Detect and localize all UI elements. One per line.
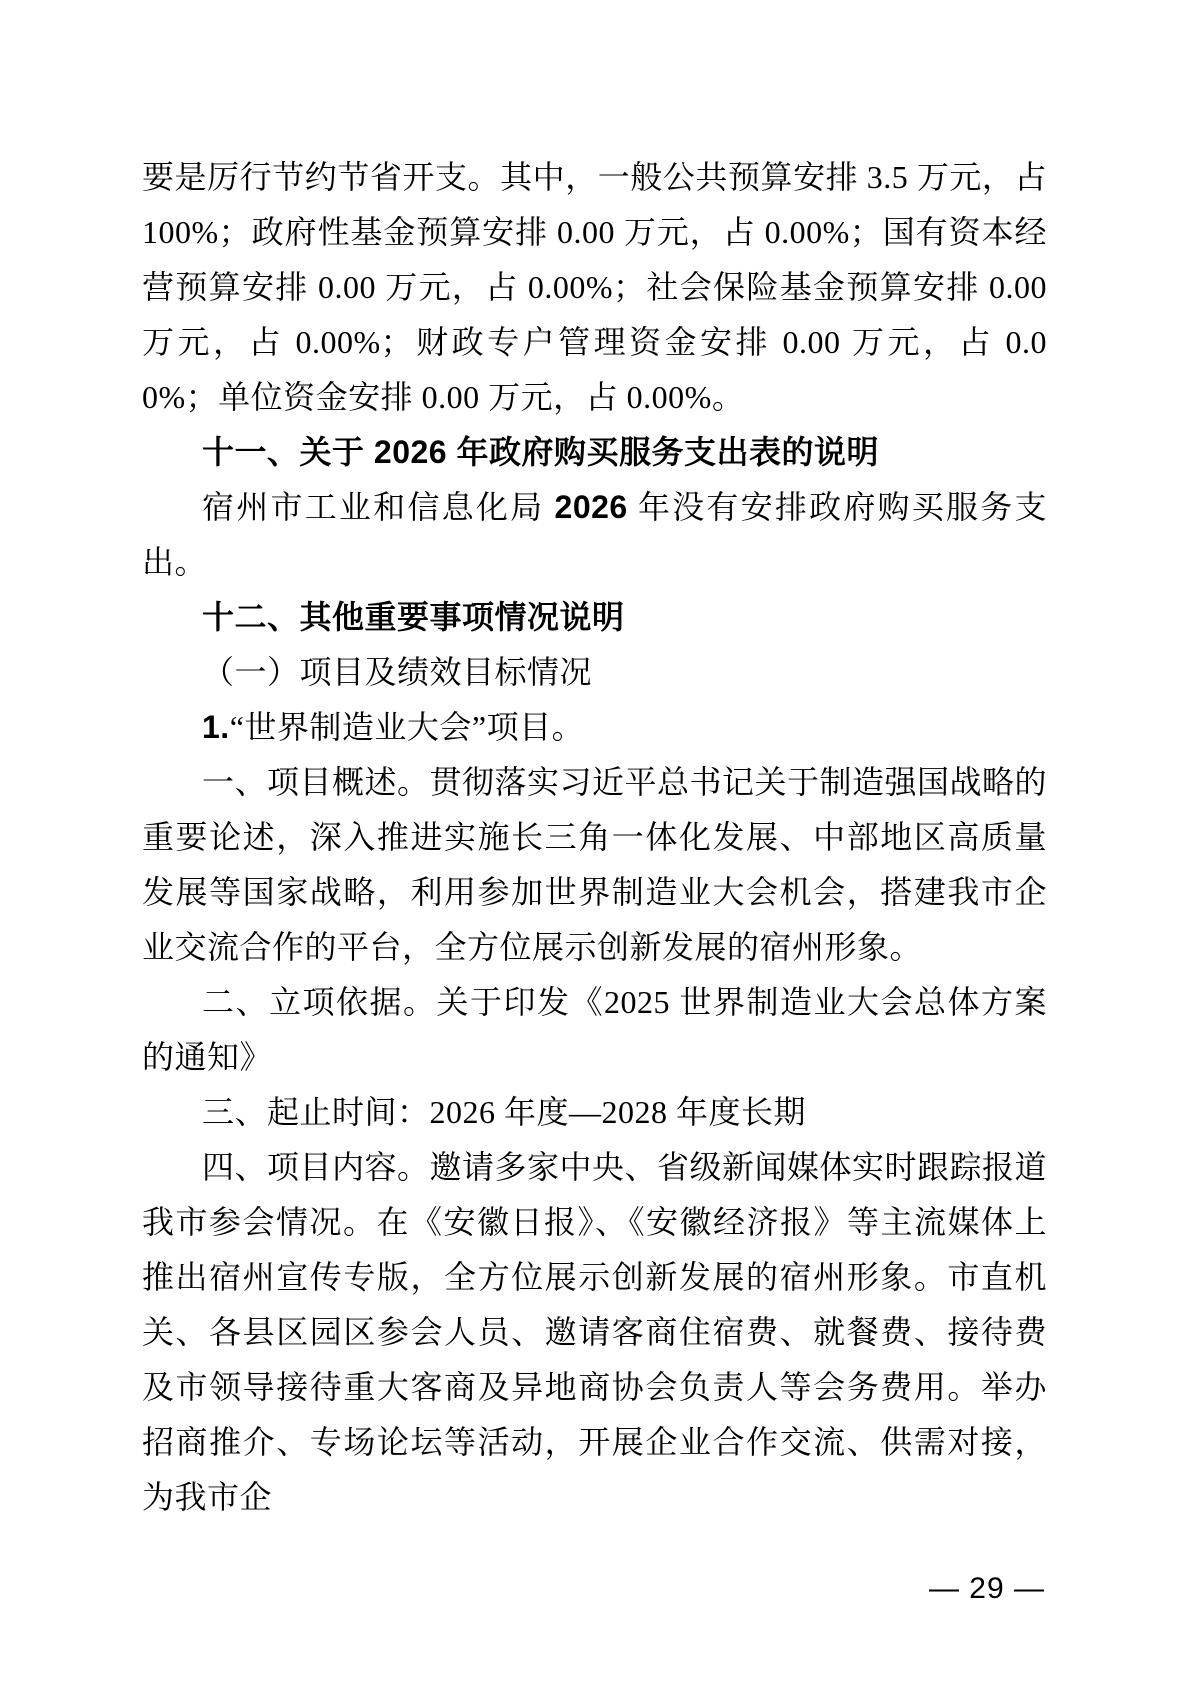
item-project-title: 1.“世界制造业大会”项目。 bbox=[142, 700, 1047, 755]
paragraph-project-overview: 一、项目概述。贯彻落实习近平总书记关于制造强国战略的重要论述，深入推进实施长三角… bbox=[142, 755, 1047, 975]
paragraph-budget-allocation: 要是厉行节约节省开支。其中，一般公共预算安排 3.5 万元，占 100%；政府性… bbox=[142, 150, 1047, 425]
paragraph-project-period: 三、起止时间：2026 年度—2028 年度长期 bbox=[142, 1085, 1047, 1140]
text-run: “世界制造业大会”项目。 bbox=[230, 709, 584, 745]
section-heading-11-gov-purchase: 十一、关于 2026 年政府购买服务支出表的说明 bbox=[142, 425, 1047, 480]
paragraph-project-content: 四、项目内容。邀请多家中央、省级新闻媒体实时跟踪报道我市参会情况。在《安徽日报》… bbox=[142, 1140, 1047, 1525]
paragraph-project-basis: 二、立项依据。关于印发《2025 世界制造业大会总体方案的通知》 bbox=[142, 975, 1047, 1085]
document-page: 要是厉行节约节省开支。其中，一般公共预算安排 3.5 万元，占 100%；政府性… bbox=[0, 0, 1190, 1683]
document-body: 要是厉行节约节省开支。其中，一般公共预算安排 3.5 万元，占 100%；政府性… bbox=[142, 150, 1047, 1525]
year-number-run: 2026 bbox=[555, 489, 628, 525]
item-number-run: 1. bbox=[202, 709, 230, 745]
text-run: 宿州市工业和信息化局 bbox=[202, 489, 555, 525]
paragraph-no-gov-purchase: 宿州市工业和信息化局 2026 年没有安排政府购买服务支出。 bbox=[142, 480, 1047, 590]
page-number: — 29 — bbox=[929, 1572, 1045, 1606]
subheading-project-performance-targets: （一）项目及绩效目标情况 bbox=[142, 645, 1047, 700]
section-heading-12-other-matters: 十二、其他重要事项情况说明 bbox=[142, 590, 1047, 645]
